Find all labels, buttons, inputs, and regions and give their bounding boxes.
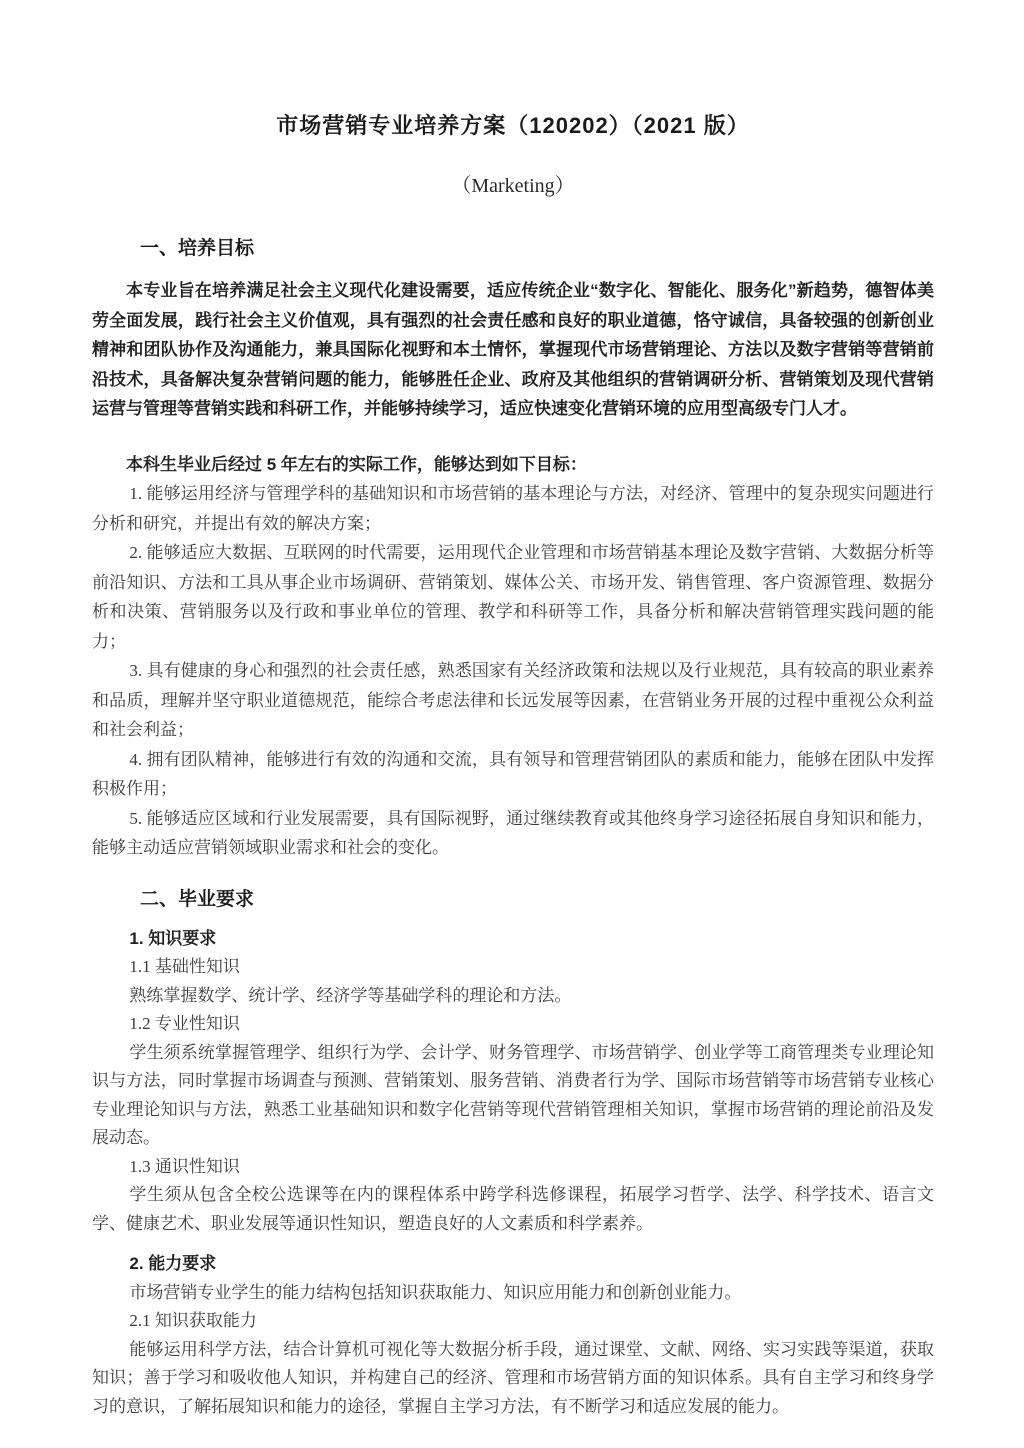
- basic-knowledge-text: 熟练掌握数学、统计学、经济学等基础学科的理论和方法。: [92, 982, 934, 1011]
- ability-structure-lead: 市场营销专业学生的能力结构包括知识获取能力、知识应用能力和创新创业能力。: [92, 1279, 934, 1308]
- goal-item-4: 4. 拥有团队精神，能够进行有效的沟通和交流，具有领导和管理营销团队的素质和能力…: [92, 745, 934, 804]
- knowledge-requirements-heading: 1. 知识要求: [92, 925, 934, 954]
- basic-knowledge-title: 1.1 基础性知识: [92, 953, 934, 982]
- doc-title: 市场营销专业培养方案（120202）（2021 版）: [92, 110, 934, 142]
- knowledge-acquisition-title: 2.1 知识获取能力: [92, 1307, 934, 1336]
- ability-requirements-heading: 2. 能力要求: [92, 1250, 934, 1279]
- training-objectives-intro: 本专业旨在培养满足社会主义现代化建设需要，适应传统企业“数字化、智能化、服务化”…: [92, 276, 934, 424]
- general-knowledge-text: 学生须从包含全校公选课等在内的课程体系中跨学科选修课程，拓展学习哲学、法学、科学…: [92, 1181, 934, 1238]
- doc-subtitle-english: （Marketing）: [92, 172, 934, 200]
- knowledge-acquisition-text: 能够运用科学方法，结合计算机可视化等大数据分析手段，通过课堂、文献、网络、实习实…: [92, 1336, 934, 1422]
- section-heading-training-objectives: 一、培养目标: [92, 236, 934, 262]
- section-heading-graduation-requirements: 二、毕业要求: [92, 887, 934, 913]
- goal-item-3: 3. 具有健康的身心和强烈的社会责任感，熟悉国家有关经济政策和法规以及行业规范，…: [92, 656, 934, 745]
- professional-knowledge-text: 学生须系统掌握管理学、组织行为学、会计学、财务管理学、市场营销学、创业学等工商管…: [92, 1039, 934, 1153]
- general-knowledge-title: 1.3 通识性知识: [92, 1153, 934, 1182]
- goal-item-2: 2. 能够适应大数据、互联网的时代需要，运用现代企业管理和市场营销基本理论及数字…: [92, 538, 934, 656]
- goal-item-1: 1. 能够运用经济与管理学科的基础知识和市场营销的基本理论与方法，对经济、管理中…: [92, 479, 934, 538]
- graduate-goals-lead: 本科生毕业后经过 5 年左右的实际工作，能够达到如下目标：: [92, 450, 934, 480]
- professional-knowledge-title: 1.2 专业性知识: [92, 1010, 934, 1039]
- goal-item-5: 5. 能够适应区域和行业发展需要，具有国际视野，通过继续教育或其他终身学习途径拓…: [92, 804, 934, 863]
- document-page: 市场营销专业培养方案（120202）（2021 版） （Marketing） 一…: [0, 0, 1024, 1448]
